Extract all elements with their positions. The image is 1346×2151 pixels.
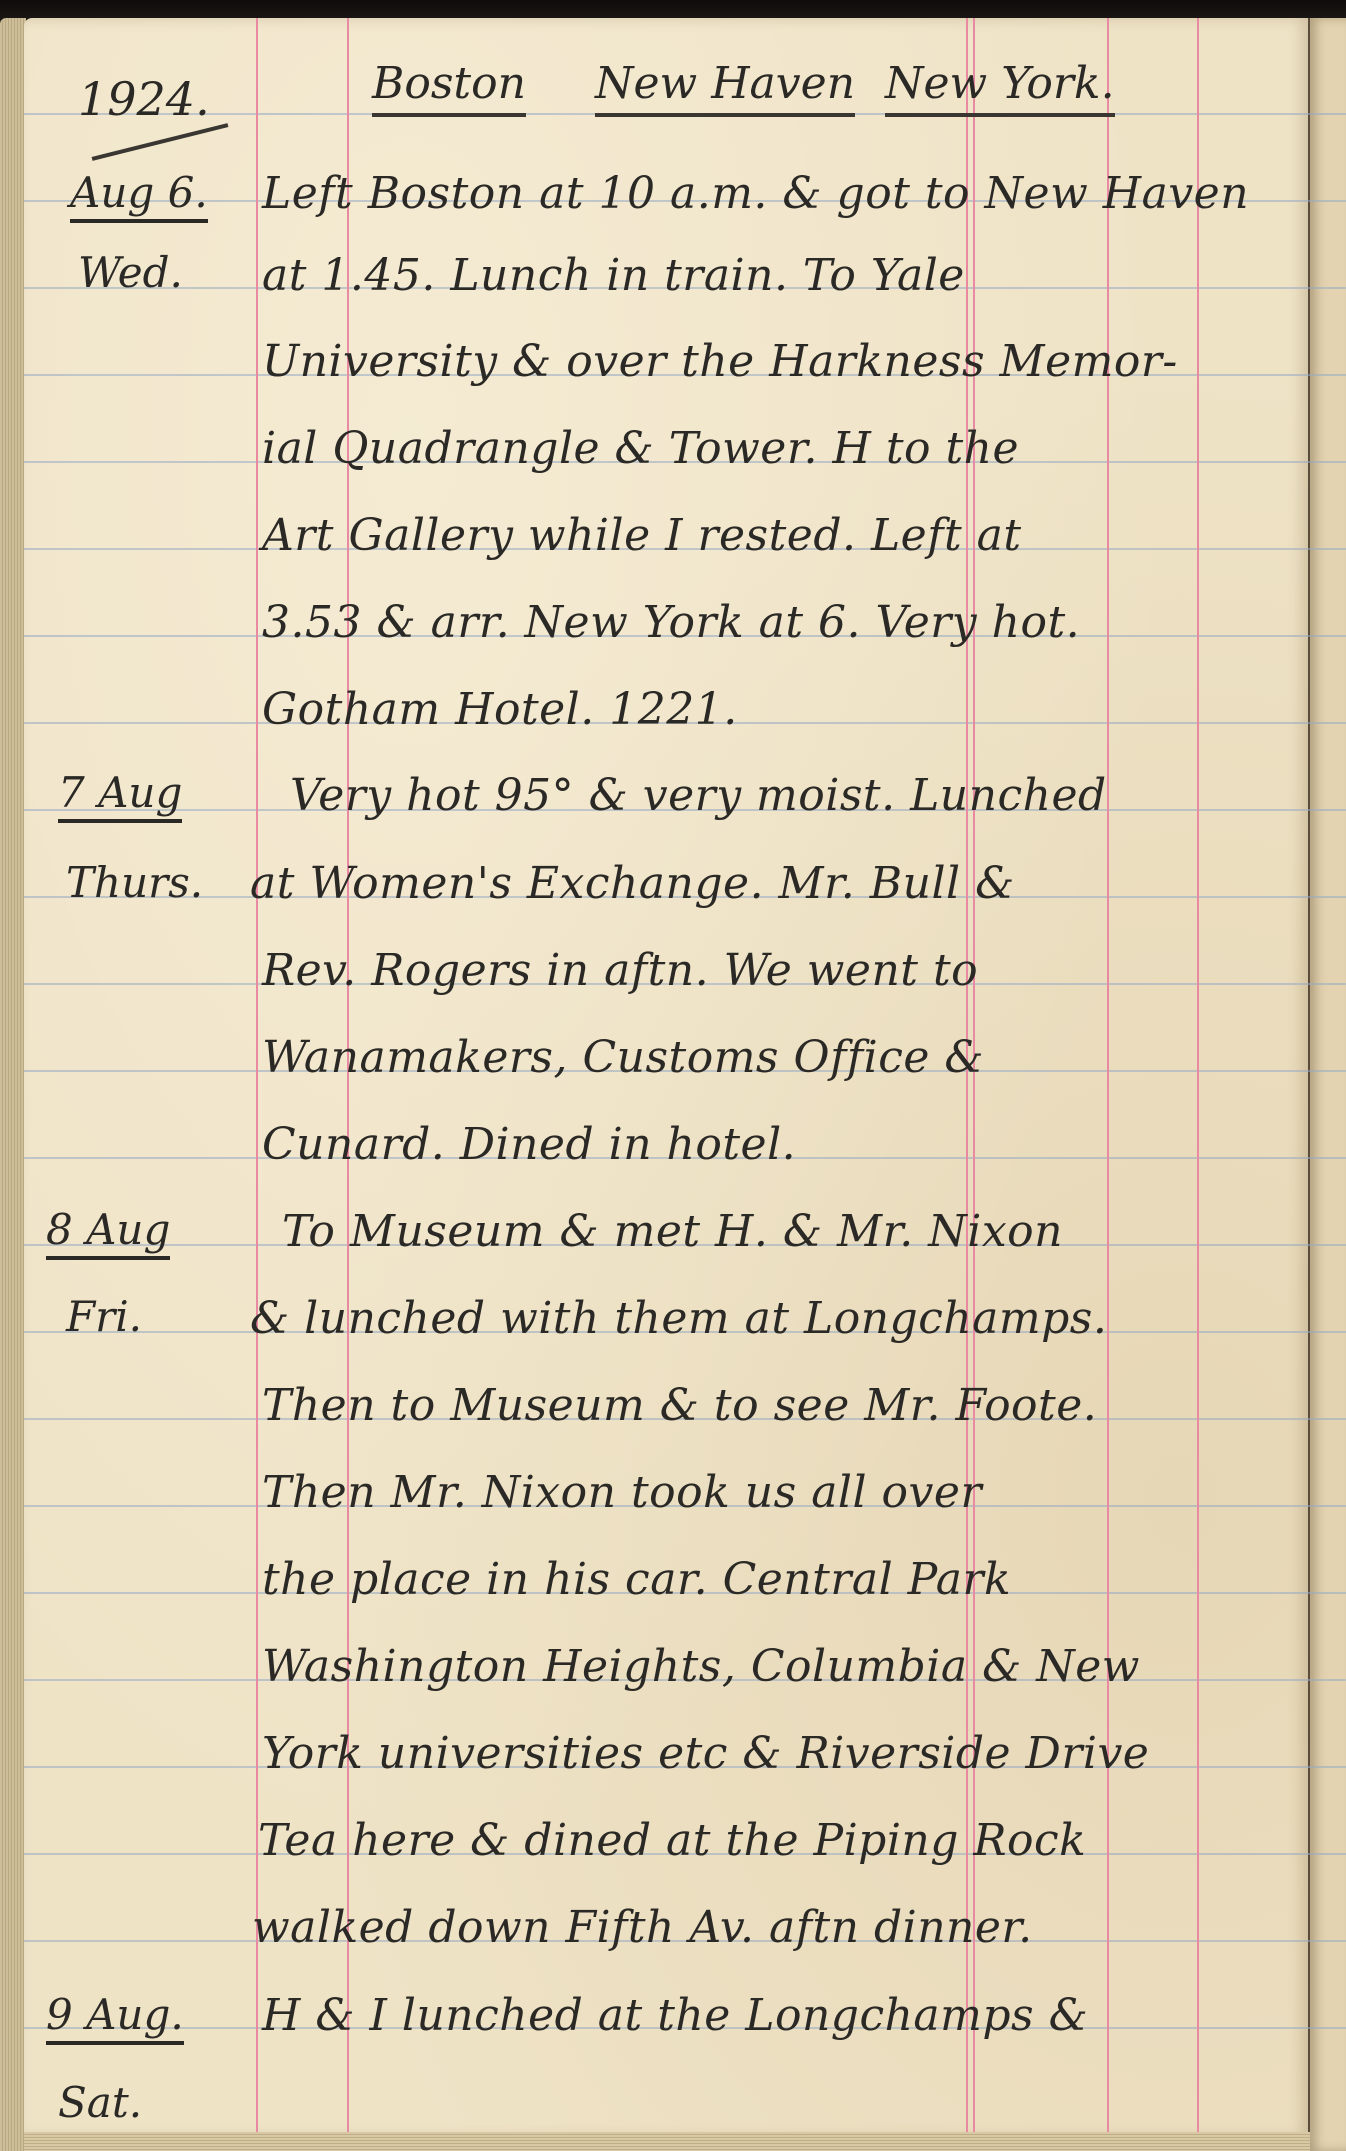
entry-line: Then Mr. Nixon took us all over	[262, 1467, 982, 1518]
entry-line: University & over the Harkness Memor-	[262, 336, 1178, 387]
entry-line: ial Quadrangle & Tower. H to the	[262, 423, 1019, 474]
entry-line: at 1.45. Lunch in train. To Yale	[262, 250, 965, 301]
entry-line: York universities etc & Riverside Drive	[262, 1728, 1149, 1779]
entry-line: Very hot 95° & very moist. Lunched	[290, 770, 1107, 821]
header-place-boston: Boston	[372, 58, 526, 117]
entry-line: Left Boston at 10 a.m. & got to New Have…	[262, 168, 1249, 219]
entry-line: Cunard. Dined in hotel.	[262, 1119, 796, 1170]
entry-line: Wanamakers, Customs Office &	[262, 1032, 984, 1083]
entry-date: 9 Aug.	[46, 1990, 184, 2045]
entry-line: walked down Fifth Av. aftn dinner.	[252, 1902, 1033, 1953]
entry-line: 3.53 & arr. New York at 6. Very hot.	[262, 597, 1080, 648]
header-place-new-york: New York.	[885, 58, 1115, 117]
entry-line: Gotham Hotel. 1221.	[262, 684, 738, 735]
entry-weekday: Fri.	[66, 1292, 142, 1341]
header-place-new-haven: New Haven	[595, 58, 855, 117]
page-bottom-edge	[24, 2132, 1310, 2151]
entry-weekday: Wed.	[78, 248, 183, 297]
entry-line: Tea here & dined at the Piping Rock	[258, 1815, 1086, 1866]
entry-line: the place in his car. Central Park	[262, 1554, 1011, 1605]
entry-line: Then to Museum & to see Mr. Foote.	[262, 1380, 1097, 1431]
entry-line: Art Gallery while I rested. Left at	[262, 510, 1022, 561]
header-year: 1924.	[78, 72, 210, 126]
entry-weekday: Thurs.	[66, 858, 203, 907]
entry-weekday: Sat.	[58, 2078, 142, 2127]
entry-line: at Women's Exchange. Mr. Bull &	[250, 858, 1015, 909]
entry-line: Washington Heights, Columbia & New	[262, 1641, 1140, 1692]
entry-line: & lunched with them at Longchamps.	[250, 1293, 1107, 1344]
adjacent-page-edge	[1308, 18, 1346, 2151]
entry-date: Aug 6.	[70, 168, 208, 223]
entry-date: 8 Aug	[46, 1205, 170, 1260]
entry-line: Rev. Rogers in aftn. We went to	[262, 945, 978, 996]
page-stack-edge	[0, 18, 26, 2151]
entry-line: H & I lunched at the Longchamps &	[262, 1990, 1088, 2041]
entry-line: To Museum & met H. & Mr. Nixon	[282, 1206, 1063, 1257]
entry-date: 7 Aug	[58, 768, 182, 823]
margin-rule	[1197, 18, 1199, 2132]
